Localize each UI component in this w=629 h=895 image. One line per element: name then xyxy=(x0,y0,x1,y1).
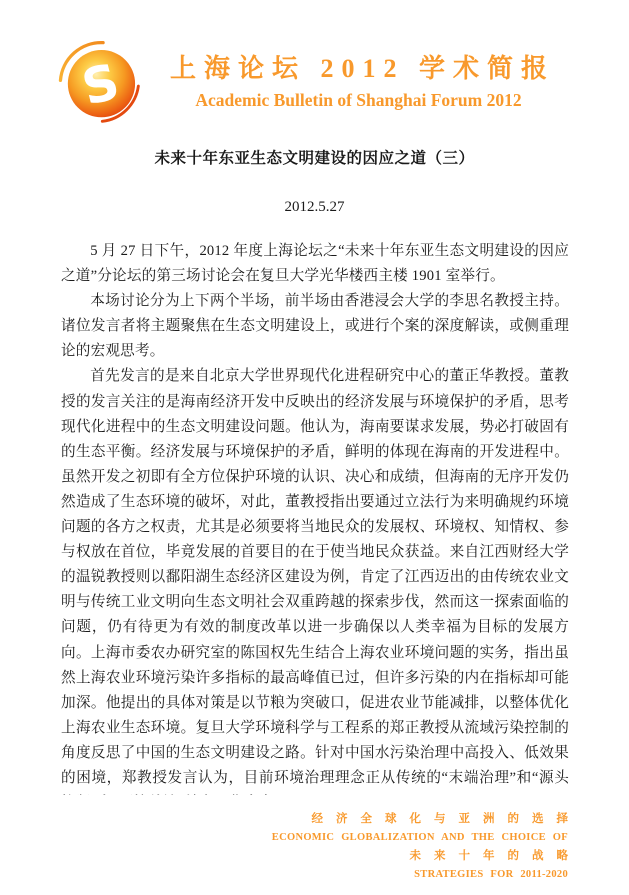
bulletin-header: S 上海论坛 2012 学术简报 Academic Bulletin of Sh… xyxy=(58,40,571,124)
body-paragraph: 5 月 27 日下午，2012 年度上海论坛之“未来十年东亚生态文明建设的因应之… xyxy=(61,239,569,289)
article-body: 5 月 27 日下午，2012 年度上海论坛之“未来十年东亚生态文明建设的因应之… xyxy=(61,239,569,795)
body-paragraph: 首先发言的是来自北京大学世界现代化进程研究中心的董正华教授。董教授的发言关注的是… xyxy=(61,364,569,795)
footer-theme-zh-line1-text: 经济全球化与亚洲的选择 xyxy=(312,813,582,825)
document-page: S 上海论坛 2012 学术简报 Academic Bulletin of Sh… xyxy=(0,0,629,895)
bulletin-title-en: Academic Bulletin of Shanghai Forum 2012 xyxy=(146,90,571,111)
footer-theme-zh-line1: 经济全球化与亚洲的选择 xyxy=(61,810,568,829)
footer-theme-zh-line2: 未来十年的战略 xyxy=(61,847,568,866)
footer-theme-zh-line2-text: 未来十年的战略 xyxy=(410,850,582,862)
footer-theme-en-line2: STRATEGIES FOR 2011-2020 xyxy=(61,866,568,885)
header-titles: 上海论坛 2012 学术简报 Academic Bulletin of Shan… xyxy=(140,53,571,110)
article-date: 2012.5.27 xyxy=(0,199,629,216)
shanghai-forum-logo-icon: S xyxy=(58,40,140,124)
article-title: 未来十年东亚生态文明建设的因应之道（三） xyxy=(0,146,629,168)
page-footer: 经济全球化与亚洲的选择 ECONOMIC GLOBALIZATION AND T… xyxy=(61,810,568,884)
body-paragraph: 本场讨论分为上下两个半场，前半场由香港浸会大学的李思名教授主持。诸位发言者将主题… xyxy=(61,289,569,364)
footer-theme-en-line1: ECONOMIC GLOBALIZATION AND THE CHOICE OF xyxy=(61,829,568,848)
bulletin-title-zh: 上海论坛 2012 学术简报 xyxy=(146,53,579,84)
